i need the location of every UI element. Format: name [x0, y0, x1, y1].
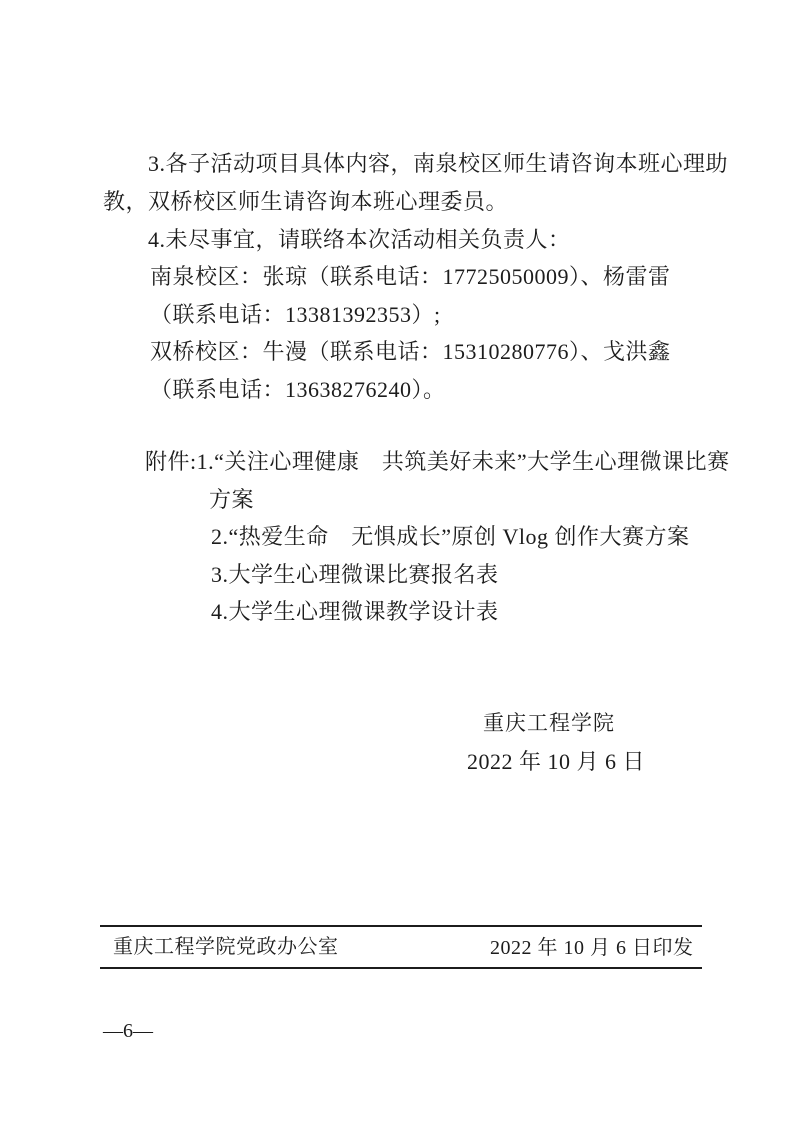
signature-org: 重庆工程学院: [483, 711, 615, 735]
body-line-7: （联系电话：13638276240）。: [150, 377, 446, 402]
attachment-item-4: 4.大学生心理微课教学设计表: [211, 599, 499, 624]
attachments-wrap-line: 方案: [209, 487, 254, 512]
body-line-2: 教，双桥校区师生请咨询本班心理委员。: [103, 189, 508, 214]
document-page: 3.各子活动项目具体内容，南泉校区师生请咨询本班心理助 教，双桥校区师生请咨询本…: [0, 0, 793, 1122]
signature-date: 2022 年 10 月 6 日: [467, 749, 645, 774]
footer-print-date: 2022 年 10 月 6 日印发: [490, 937, 694, 960]
attachment-item-2: 2.“热爱生命 无惧成长”原创 Vlog 创作大赛方案: [211, 524, 690, 549]
footer-rule-top: [100, 925, 702, 927]
body-line-3: 4.未尽事宜，请联络本次活动相关负责人：: [148, 227, 571, 252]
attachment-item-3: 3.大学生心理微课比赛报名表: [211, 562, 499, 587]
body-line-5: （联系电话：13381392353）;: [150, 302, 441, 327]
body-line-6: 双桥校区：牛漫（联系电话：15310280776）、戈洪鑫: [150, 339, 671, 364]
page-number: —6—: [103, 1020, 153, 1043]
footer-office: 重庆工程学院党政办公室: [113, 936, 339, 959]
footer-rule-bottom: [100, 967, 702, 969]
body-line-4: 南泉校区：张琼（联系电话：17725050009）、杨雷雷: [150, 264, 671, 289]
attachments-first-line: 附件:1.“关注心理健康 共筑美好未来”大学生心理微课比赛: [145, 449, 730, 474]
body-line-1: 3.各子活动项目具体内容，南泉校区师生请咨询本班心理助: [148, 151, 728, 176]
